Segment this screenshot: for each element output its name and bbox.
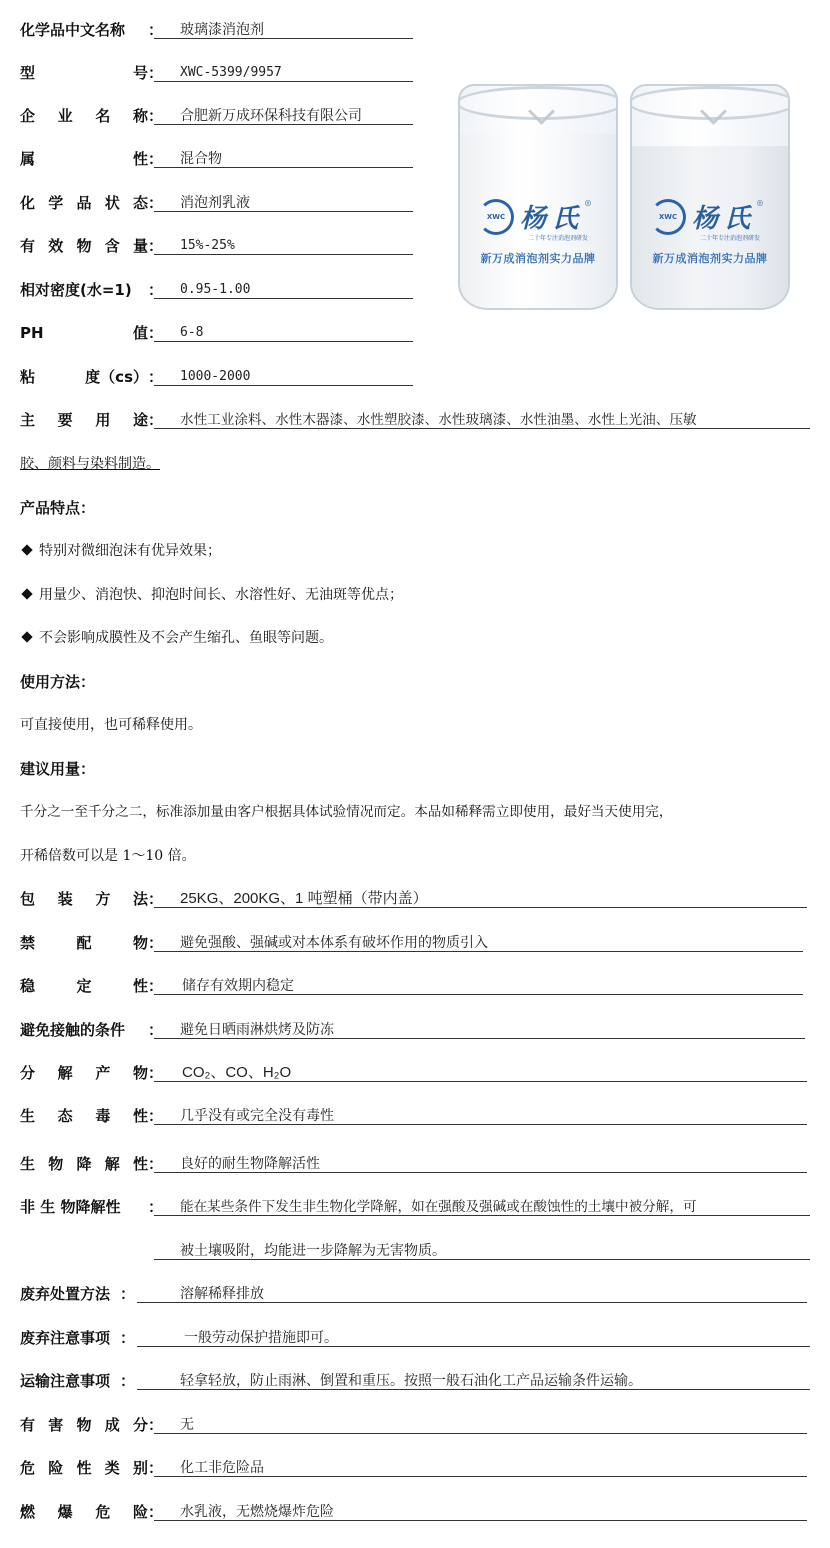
spec-row-disposal-notes: 废弃注意事项 ： 一般劳动保护措施即可。 [20,1328,810,1352]
spec-row-attribute: 属性 ： 混合物 [20,149,415,173]
spec-label: 危险性类别 [20,1458,148,1478]
underline [154,1124,807,1125]
spec-label: PH值 [20,323,148,343]
spec-label: 禁配物 [20,933,148,953]
features-heading: 产品特点： [20,498,95,518]
spec-value: 储存有效期内稳定 [182,976,294,996]
colon: ： [120,1284,135,1304]
underline [154,167,413,168]
colon: ： [148,193,163,213]
spec-label: 型号 [20,63,148,83]
spec-row-disposal-method: 废弃处置方法 ： 溶解稀释排放 [20,1284,810,1308]
spec-row-decomposition: 分解产物 ： CO₂、CO、H₂O [20,1063,810,1087]
spec-value: 25KG、200KG、1 吨塑桶（带内盖） [180,889,428,909]
dosage-heading: 建议用量： [20,759,95,779]
brand-slogan: 新万成消泡剂实力品牌 [640,250,780,266]
colon: ： [148,933,163,953]
spec-label: 废弃注意事项 [20,1328,110,1348]
brand-tagline: 二十年专注消泡剂研发 [640,233,780,242]
spec-row-stability: 稳定性 ： 储存有效期内稳定 [20,976,810,1000]
spec-value: 混合物 [180,149,222,169]
spec-value: 良好的耐生物降解活性 [180,1154,320,1174]
spec-label: 粘度（cs） [20,367,148,387]
xwc-logo-icon: XWC [478,199,514,235]
method-text: 可直接使用，也可稀释使用。 [20,715,202,735]
spec-row-ph: PH值 ： 6-8 [20,323,415,347]
dosage-line-1: 千分之一至千分之二，标准添加量由客户根据具体试验情况而定。本品如稀释需立即使用，… [20,802,673,822]
colon: ： [148,106,163,126]
spec-value: 被土壤吸附，均能进一步降解为无害物质。 [180,1241,446,1261]
underline [154,1433,807,1434]
feature-item: 特别对微细泡沫有优异效果； [20,541,221,561]
spec-value: 一般劳动保护措施即可。 [184,1328,338,1348]
colon: ： [148,1502,163,1522]
spec-row-abiotic-degradation: 非 生 物降解性 ： 能在某些条件下发生非生物化学降解，如在强酸及强碱或在酸蚀性… [20,1197,810,1221]
spec-value: CO₂、CO、H₂O [182,1063,291,1083]
colon: ： [148,1020,163,1040]
spec-value: 能在某些条件下发生非生物化学降解，如在强酸及强碱或在酸蚀性的土壤中被分解，可 [180,1197,697,1217]
colon: ： [148,323,163,343]
underline [154,385,413,386]
colon: ： [148,63,163,83]
spec-value: 几乎没有或完全没有毒性 [180,1106,334,1126]
colon: ： [148,236,163,256]
spec-label: 相对密度(水=1) [20,280,132,300]
spec-row-biodegradability: 生物降解性 ： 良好的耐生物降解活性 [20,1154,810,1178]
usage-text: 胶、颜料与染料制造。 [20,456,160,472]
spec-row-incompatible: 禁配物 ： 避免强酸、强碱或对本体系有破坏作用的物质引入 [20,933,810,957]
underline [154,994,803,995]
colon: ： [148,20,163,40]
underline [137,1346,810,1347]
underline [154,298,413,299]
underline [154,1215,810,1216]
feature-text: 不会影响成膜性及不会产生缩孔、鱼眼等问题。 [39,630,333,646]
spec-value: 水性工业涂料、水性木器漆、水性塑胶漆、水性玻璃漆、水性油墨、水性上光油、压敏 [180,410,697,430]
spec-value: 水乳液，无燃烧爆炸危险 [180,1502,334,1522]
spec-value: 1000-2000 [180,367,250,387]
spec-label: 生物降解性 [20,1154,148,1174]
underline [154,1259,810,1260]
underline [154,38,413,39]
spec-row-explosion-hazard: 燃爆危险 ： 水乳液，无燃烧爆炸危险 [20,1502,810,1526]
spec-value: 溶解稀释排放 [180,1284,264,1304]
spec-row-transport-notes: 运输注意事项 ： 轻拿轻放，防止雨淋、倒置和重压。按照一般石油化工产品运输条件运… [20,1371,810,1395]
spec-label: 运输注意事项 [20,1371,110,1391]
spec-row-harmful-components: 有害物成分 ： 无 [20,1415,810,1439]
colon: ： [148,1458,163,1478]
spec-value: 0.95-1.00 [180,280,250,300]
colon: ： [148,1415,163,1435]
colon: ： [148,280,163,300]
colon: ： [148,410,163,430]
diamond-bullet-icon [21,588,32,599]
beaker-clear: XWC 杨氏® 二十年专注消泡剂研发 新万成消泡剂实力品牌 [630,84,790,310]
spec-row-chinese-name: 化学品中文名称 ： 玻璃漆消泡剂 [20,20,415,44]
brand-name: 杨氏 [520,204,584,234]
spec-value: 无 [180,1415,194,1435]
underline [154,124,413,125]
dosage-line-2: 开稀倍数可以是 1～10 倍。 [20,846,196,866]
brand-name: 杨氏 [692,204,756,234]
underline [154,1081,807,1082]
colon: ： [148,367,163,387]
spec-row-company: 企业名称 ： 合肥新万成环保科技有限公司 [20,106,415,130]
brand-tagline: 二十年专注消泡剂研发 [468,233,608,242]
spec-value: 玻璃漆消泡剂 [180,20,264,40]
spec-label: 稳定性 [20,976,148,996]
diamond-bullet-icon [21,631,32,642]
spec-row-packaging: 包装方法 ： 25KG、200KG、1 吨塑桶（带内盖） [20,889,810,913]
registered-icon: ® [756,198,770,208]
spec-label: 包装方法 [20,889,148,909]
spec-label: 有害物成分 [20,1415,148,1435]
colon: ： [120,1328,135,1348]
spec-value: 消泡剂乳液 [180,193,250,213]
underline [154,211,413,212]
spec-label: 非 生 物降解性 [20,1197,120,1217]
brand-logo: XWC 杨氏® 二十年专注消泡剂研发 新万成消泡剂实力品牌 [468,198,608,266]
spec-row-state: 化学品状态 ： 消泡剂乳液 [20,193,415,217]
spec-value: 避免日晒雨淋烘烤及防冻 [180,1020,334,1040]
usage-line-2: 胶、颜料与染料制造。 [20,454,160,474]
colon: ： [148,149,163,169]
spec-label: 废弃处置方法 [20,1284,110,1304]
spec-label: 避免接触的条件 [20,1020,125,1040]
underline [137,1302,807,1303]
spec-row-model: 型号 ： XWC-5399/9957 [20,63,415,87]
spec-row-active-content: 有效物含量 ： 15%-25% [20,236,415,260]
underline [137,1389,810,1390]
spec-value: 化工非危险品 [180,1458,264,1478]
spec-label: 化学品状态 [20,193,148,213]
colon: ： [148,1063,163,1083]
beaker-milky: XWC 杨氏® 二十年专注消泡剂研发 新万成消泡剂实力品牌 [458,84,618,310]
spec-label: 有效物含量 [20,236,148,256]
spec-label: 分解产物 [20,1063,148,1083]
underline [154,81,413,82]
underline [154,1476,807,1477]
brand-slogan: 新万成消泡剂实力品牌 [468,250,608,266]
feature-item: 不会影响成膜性及不会产生缩孔、鱼眼等问题。 [20,628,333,648]
underline [154,907,807,908]
feature-text: 特别对微细泡沫有优异效果； [39,543,221,559]
spec-row-usage: 主要用途 ： 水性工业涂料、水性木器漆、水性塑胶漆、水性玻璃漆、水性油墨、水性上… [20,410,810,434]
spec-label: 企业名称 [20,106,148,126]
spec-label: 燃爆危险 [20,1502,148,1522]
spec-value: 15%-25% [180,236,235,256]
underline [154,428,810,429]
underline [154,254,413,255]
spec-value: XWC-5399/9957 [180,63,282,83]
underline [154,951,803,952]
feature-item: 用量少、消泡快、抑泡时间长、水溶性好、无油斑等优点； [20,585,403,605]
underline [154,1038,805,1039]
colon: ： [148,976,163,996]
spec-row-ecotoxicity: 生态毒性 ： 几乎没有或完全没有毒性 [20,1106,810,1130]
spec-row-abiotic-degradation-cont: 被土壤吸附，均能进一步降解为无害物质。 [20,1241,810,1265]
spec-label: 主要用途 [20,410,148,430]
colon: ： [148,1197,163,1217]
diamond-bullet-icon [21,544,32,555]
product-photo: XWC 杨氏® 二十年专注消泡剂研发 新万成消泡剂实力品牌 XWC 杨氏® 二十… [448,66,808,326]
spec-label: 属性 [20,149,148,169]
spec-value: 合肥新万成环保科技有限公司 [180,106,362,126]
underline [154,1172,807,1173]
underline [154,341,413,342]
spec-label: 生态毒性 [20,1106,148,1126]
colon: ： [148,889,163,909]
brand-logo: XWC 杨氏® 二十年专注消泡剂研发 新万成消泡剂实力品牌 [640,198,780,266]
colon: ： [148,1106,163,1126]
spec-label: 化学品中文名称 [20,20,125,40]
colon: ： [148,1154,163,1174]
spec-row-density: 相对密度(水=1) ： 0.95-1.00 [20,280,415,304]
spec-row-avoid-conditions: 避免接触的条件 ： 避免日晒雨淋烘烤及防冻 [20,1020,810,1044]
spec-value: 轻拿轻放，防止雨淋、倒置和重压。按照一般石油化工产品运输条件运输。 [180,1371,642,1391]
colon: ： [120,1371,135,1391]
spec-row-viscosity: 粘度（cs） ： 1000-2000 [20,367,415,391]
registered-icon: ® [584,198,598,208]
feature-text: 用量少、消泡快、抑泡时间长、水溶性好、无油斑等优点； [39,587,403,603]
spec-value: 避免强酸、强碱或对本体系有破坏作用的物质引入 [180,933,488,953]
spec-value: 6-8 [180,323,203,343]
spec-row-hazard-class: 危险性类别 ： 化工非危险品 [20,1458,810,1482]
xwc-logo-icon: XWC [650,199,686,235]
underline [154,1520,807,1521]
method-heading: 使用方法： [20,672,95,692]
